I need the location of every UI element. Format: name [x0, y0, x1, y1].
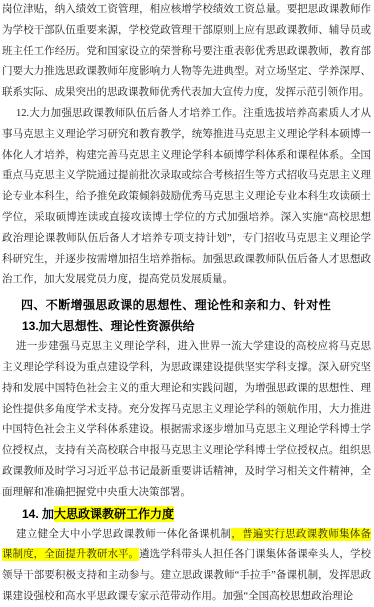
paragraph-13: 进一步建强马克思主义理论学科，进入世界一流大学建设的高校应将马克思主义理论学科设…: [2, 337, 371, 503]
paragraph-14: 建立健全大中小学思政课教师一体化备课机制，普遍实行思政课教师集体备课制度，全面提…: [2, 525, 371, 607]
heading-14-number: 14. 加: [22, 507, 54, 521]
section-heading-4: 四、不断增强思政课的思想性、理论性和亲和力、针对性: [2, 295, 371, 316]
heading-14-highlight: 大思政课教研工作力度: [54, 506, 174, 522]
paragraph-14-pre: 建立健全大中小学思政课教师一体化备课机制: [16, 529, 231, 540]
item-heading-13: 13.加大思想性、理论性资源供给: [2, 316, 371, 337]
paragraph-continuation: 岗位津贴，纳入绩效工资管理，相应核增学校绩效工资总量。要把思政课教师作为学校干部…: [2, 0, 371, 104]
item-heading-14: 14. 加大思政课教研工作力度: [2, 504, 371, 525]
document-page: 岗位津贴，纳入绩效工资管理，相应核增学校绩效工资总量。要把思政课教师作为学校干部…: [0, 0, 374, 607]
paragraph-12: 12.大力加强思政课教师队伍后备人才培养工作。注重选拔培养高素质人才从事马克思主…: [2, 104, 371, 291]
